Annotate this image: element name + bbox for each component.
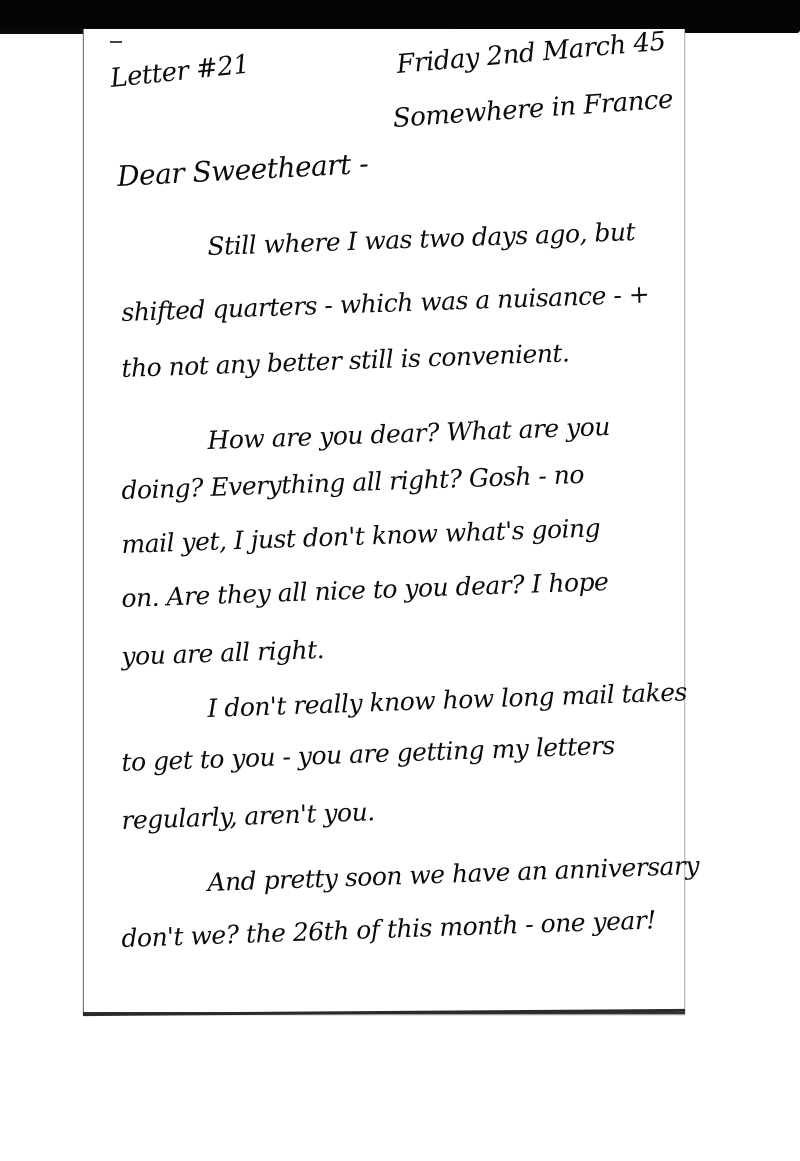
- scan-speck: [110, 41, 122, 43]
